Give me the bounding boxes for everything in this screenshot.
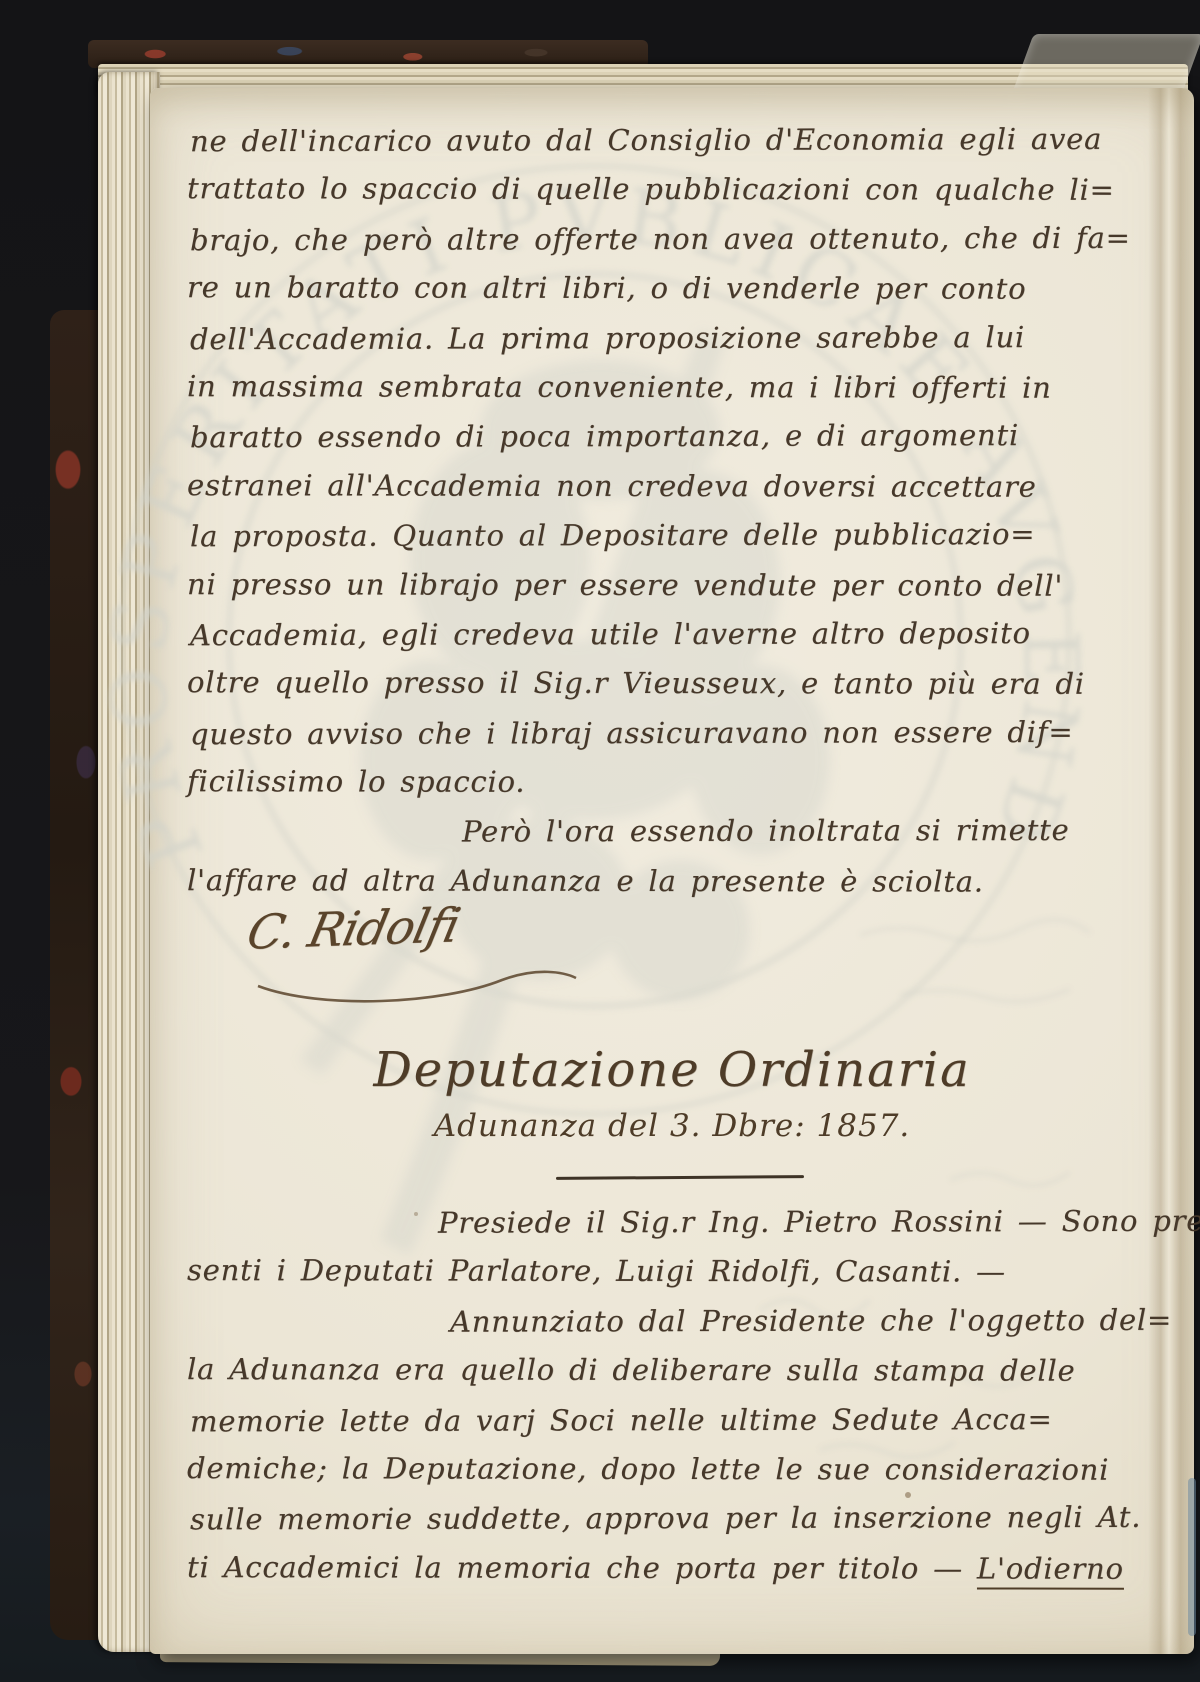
manuscript-line: Accademia, egli credeva utile l'averne a… (190, 609, 1131, 661)
underlined-title-reference: L'odierno (977, 1551, 1124, 1589)
manuscript-line: in massima sembrata conveniente, ma i li… (187, 362, 1128, 413)
manuscript-line: ne dell'incarico avuto dal Consiglio d'E… (190, 115, 1131, 167)
manuscript-line: la proposta. Quanto al Depositare delle … (190, 510, 1131, 562)
manuscript-line: oltre quello presso il Sig.r Vieusseux, … (187, 658, 1128, 709)
manuscript-line: re un baratto con altri libri, o di vend… (187, 263, 1128, 314)
manuscript-line: senti i Deputati Parlatore, Luigi Ridolf… (187, 1246, 1200, 1297)
manuscript-line: estranei all'Accademia non credeva dover… (187, 461, 1128, 512)
manuscript-line: ficilissimo lo spaccio. (187, 757, 1128, 808)
manuscript-line: memorie lette da varj Soci nelle ultime … (190, 1394, 1200, 1446)
manuscript-photo: PROSPERITATI PVBLICAE AVGENDAE (0, 0, 1200, 1682)
manuscript-paragraph-2: Presiede il Sig.r Ing. Pietro Rossini — … (188, 1198, 1200, 1593)
manuscript-paragraph-1: ne dell'incarico avuto dal Consiglio d'E… (188, 116, 1129, 906)
foxing-spot (905, 1492, 911, 1498)
manuscript-line: Però l'ora essendo inoltrata si rimette (190, 806, 1131, 858)
session-date: Adunanza del 3. Dbre: 1857. (150, 1108, 1194, 1144)
manuscript-line: demiche; la Deputazione, dopo lette le s… (187, 1444, 1200, 1495)
manuscript-line: questo avviso che i libraj assicuravano … (190, 707, 1131, 759)
signature-flourish (252, 958, 582, 1014)
foxing-spot (414, 1212, 418, 1216)
manuscript-line: trattato lo spaccio di quelle pubblicazi… (187, 165, 1128, 216)
manuscript-line: brajo, che però altre offerte non avea o… (190, 214, 1131, 266)
signature: C. Ridolfi (242, 898, 464, 961)
manuscript-line: l'affare ad altra Adunanza e la presente… (187, 856, 1128, 907)
manuscript-line: ti Accademici la memoria che porta per t… (187, 1543, 1200, 1594)
manuscript-line: Presiede il Sig.r Ing. Pietro Rossini — … (190, 1197, 1200, 1249)
manuscript-line-text: ti Accademici la memoria che porta per t… (187, 1550, 977, 1585)
manuscript-line: ni presso un librajo per essere vendute … (187, 560, 1128, 611)
manuscript-line: Annunziato dal Presidente che l'oggetto … (190, 1295, 1200, 1347)
session-title: Deputazione Ordinaria (150, 1042, 1194, 1098)
manuscript-line: dell'Accademia. La prima proposizione sa… (190, 312, 1131, 364)
manuscript-line: sulle memorie suddette, approva per la i… (190, 1493, 1200, 1545)
manuscript-line: baratto essendo di poca importanza, e di… (190, 411, 1131, 463)
manuscript-line: la Adunanza era quello di deliberare sul… (187, 1345, 1200, 1396)
